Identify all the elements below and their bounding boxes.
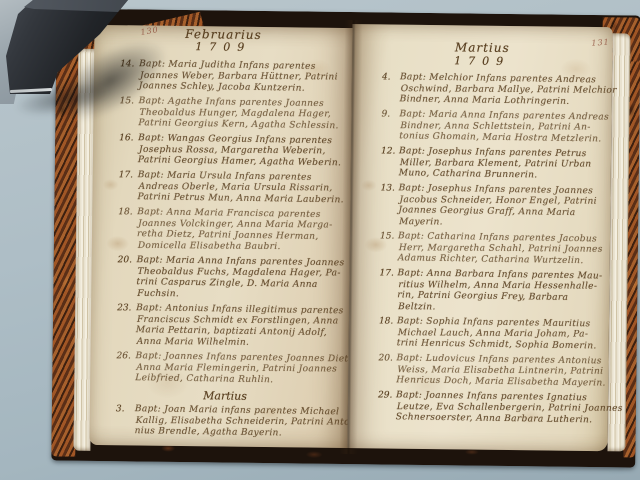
- baptism-entry: 3. Bapt: Joan Maria infans parentes Mich…: [116, 404, 334, 440]
- handwritten-line: Beltzin.: [398, 302, 607, 315]
- entry-day-number: 15.: [380, 231, 394, 242]
- entry-day-number: 12.: [381, 146, 395, 157]
- entry-lines: Bapt: Wangas Georgius Infans parentesJos…: [138, 133, 337, 168]
- baptism-entry: 12. Bapt: Josephus Infans parentes Petru…: [381, 146, 608, 182]
- handwritten-line: Mayerin.: [399, 217, 608, 230]
- baptism-entry: 13. Bapt: Josephus Infans parentes Joann…: [380, 183, 608, 230]
- entry-day-number: 4.: [382, 72, 391, 83]
- handwritten-line: Adamus Richter, Catharina Wurtzelin.: [398, 253, 607, 267]
- entry-lines: Bapt: Joan Maria infans parentes Michael…: [135, 404, 334, 439]
- handwritten-line: Muno, Catharina Brunnerin.: [399, 168, 608, 182]
- baptism-entry: 23. Bapt: Antonius Infans illegitimus pa…: [117, 303, 336, 350]
- entry-day-number: 16.: [119, 133, 133, 144]
- entry-day-number: 17.: [379, 268, 393, 279]
- right-year-header: 1709: [352, 53, 612, 69]
- dark-cover-object: [0, 0, 170, 120]
- baptism-entry: 16. Bapt: Wangas Georgius Infans parente…: [119, 133, 337, 169]
- handwritten-line: Anna Maria Wilhelmin.: [137, 337, 336, 350]
- handwritten-line: Leibfried, Catharina Ruhlin.: [135, 373, 334, 387]
- entry-lines: Bapt: Anna Maria Francisca parentesJoann…: [137, 207, 337, 253]
- entry-lines: Bapt: Joannes Infans parentes IgnatiusLe…: [396, 391, 605, 427]
- right-page: 131 Martius 1709 4. Bapt: Melchior: [347, 24, 612, 451]
- entry-lines: Bapt: Ludovicus Infans parentes Antonius…: [396, 354, 605, 390]
- entry-lines: Bapt: Josephus Infans parentes PetrusMil…: [399, 147, 608, 183]
- entry-lines: Bapt: Joannes Infans parentes Joannes Di…: [135, 351, 334, 386]
- handwritten-line: Henricus Doch, Maria Elisabetha Mayerin.: [396, 375, 605, 389]
- entry-lines: Bapt: Melchior Infans parentes AndreasOs…: [400, 73, 609, 109]
- handwritten-line: tonius Ghomain, Maria Hostra Metzlerin.: [399, 131, 608, 145]
- entry-list: 3. Bapt: Joan Maria infans parentes Mich…: [116, 404, 334, 440]
- baptism-entry: 17. Bapt: Anna Barbara Infans parentes M…: [379, 268, 607, 315]
- entry-lines: Bapt: Maria Anna Infans parentes Joannes…: [136, 255, 336, 301]
- entry-day-number: 13.: [381, 183, 395, 194]
- entry-day-number: 23.: [117, 303, 131, 314]
- right-page-entries: 4. Bapt: Melchior Infans parentes Andrea…: [378, 72, 609, 430]
- entry-lines: Bapt: Sophia Infans parentes MauritiusMi…: [397, 317, 606, 353]
- entry-lines: Bapt: Maria Ursula Infans parentesAndrea…: [137, 170, 336, 205]
- entry-lines: Bapt: Anna Barbara Infans parentes Mau-r…: [397, 269, 607, 316]
- photo-scene: 130 Februarius 1709 14. Bapt: Maria: [0, 0, 640, 480]
- handwritten-line: Bindner, Anna Maria Lothringerin.: [400, 94, 609, 108]
- baptism-entry: 18. Bapt: Sophia Infans parentes Mauriti…: [379, 316, 606, 352]
- entry-day-number: 26.: [116, 351, 130, 362]
- baptism-entry: 15. Bapt: Catharina Infans parentes Jaco…: [380, 231, 607, 267]
- handwritten-line: Patrini Petrus Mun, Anna Maria Lauberin.: [137, 192, 336, 206]
- entry-day-number: 18.: [379, 316, 393, 327]
- dark-cover-object-body: [0, 0, 170, 120]
- baptism-entry: 26. Bapt: Joannes Infans parentes Joanne…: [116, 351, 334, 387]
- entry-lines: Bapt: Catharina Infans parentes JacobusH…: [398, 232, 607, 268]
- handwritten-line: trini Henricus Schmidt, Sophia Bomerin.: [397, 338, 606, 352]
- handwritten-line: Fuchsin.: [137, 289, 336, 302]
- entry-day-number: 3.: [116, 404, 125, 415]
- subsection-month-header: Martius: [116, 388, 334, 404]
- baptism-entry: 20. Bapt: Ludovicus Infans parentes Anto…: [378, 353, 605, 389]
- entry-lines: Bapt: Antonius Infans illegitimus parent…: [136, 303, 336, 349]
- entry-day-number: 20.: [118, 255, 132, 266]
- entry-day-number: 17.: [119, 170, 133, 181]
- entry-day-number: 9.: [381, 109, 390, 120]
- handwritten-line: nius Brendle, Agatha Bayerin.: [135, 426, 334, 440]
- handwritten-line: Schnersoerster, Anna Barbara Lutherin.: [396, 412, 605, 426]
- entry-day-number: 18.: [118, 207, 132, 218]
- entry-day-number: 20.: [378, 353, 392, 364]
- entry-list: 4. Bapt: Melchior Infans parentes Andrea…: [378, 72, 609, 426]
- handwritten-line: Domicella Elisabetha Baubri.: [138, 241, 337, 254]
- entry-lines: Bapt: Josephus Infans parentes JoannesJa…: [398, 184, 608, 231]
- month-section: Martius 3. Bapt: Joan Maria infans paren…: [116, 388, 335, 440]
- entry-lines: Bapt: Maria Anna Infans parentes Andreas…: [399, 110, 608, 146]
- baptism-entry: 4. Bapt: Melchior Infans parentes Andrea…: [382, 72, 609, 108]
- baptism-entry: 18. Bapt: Anna Maria Francisca parentesJ…: [118, 207, 337, 254]
- handwritten-line: Patrini Georgius Kern, Agatha Schlessin.: [138, 118, 337, 132]
- baptism-entry: 20. Bapt: Maria Anna Infans parentes Joa…: [117, 255, 336, 302]
- baptism-entry: 9. Bapt: Maria Anna Infans parentes Andr…: [381, 109, 608, 145]
- handwritten-line: Patrini Georgius Hamer, Agatha Weberin.: [138, 155, 337, 169]
- baptism-entry: 17. Bapt: Maria Ursula Infans parentesAn…: [118, 170, 336, 206]
- baptism-entry: 29. Bapt: Joannes Infans parentes Ignati…: [378, 390, 605, 426]
- entry-day-number: 29.: [378, 390, 392, 401]
- month-section: 4. Bapt: Melchior Infans parentes Andrea…: [378, 72, 609, 426]
